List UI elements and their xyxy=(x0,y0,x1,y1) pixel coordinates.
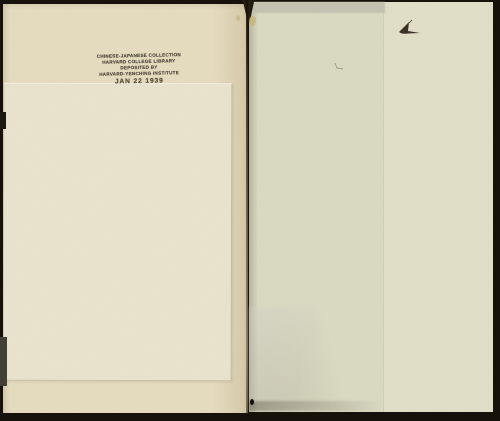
top-gray-strip xyxy=(250,2,385,13)
bottom-smudge xyxy=(249,401,389,411)
glue-spot-small xyxy=(236,15,240,21)
small-ink-tick-mark xyxy=(334,62,344,71)
paper-crease-shadow xyxy=(249,307,399,402)
right-page xyxy=(249,2,492,412)
library-stamp: CHINESE-JAPANESE COLLECTION HARVARD COLL… xyxy=(97,52,182,87)
scan-edge-patch-upper xyxy=(0,112,6,129)
gutter-ink-dot xyxy=(250,399,254,405)
gutter-seam xyxy=(246,0,248,413)
glue-spot xyxy=(249,16,256,26)
tipped-in-sheet xyxy=(4,83,233,382)
right-page-outer-leaf xyxy=(383,2,493,412)
scan-edge-patch-lower xyxy=(0,337,7,386)
left-page: CHINESE-JAPANESE COLLECTION HARVARD COLL… xyxy=(3,4,247,413)
ink-blot-mark xyxy=(396,19,422,39)
stamp-line-institute: HARVARD-YENCHING INSTITUTE xyxy=(97,70,181,78)
scanned-page-spread: CHINESE-JAPANESE COLLECTION HARVARD COLL… xyxy=(0,0,500,421)
